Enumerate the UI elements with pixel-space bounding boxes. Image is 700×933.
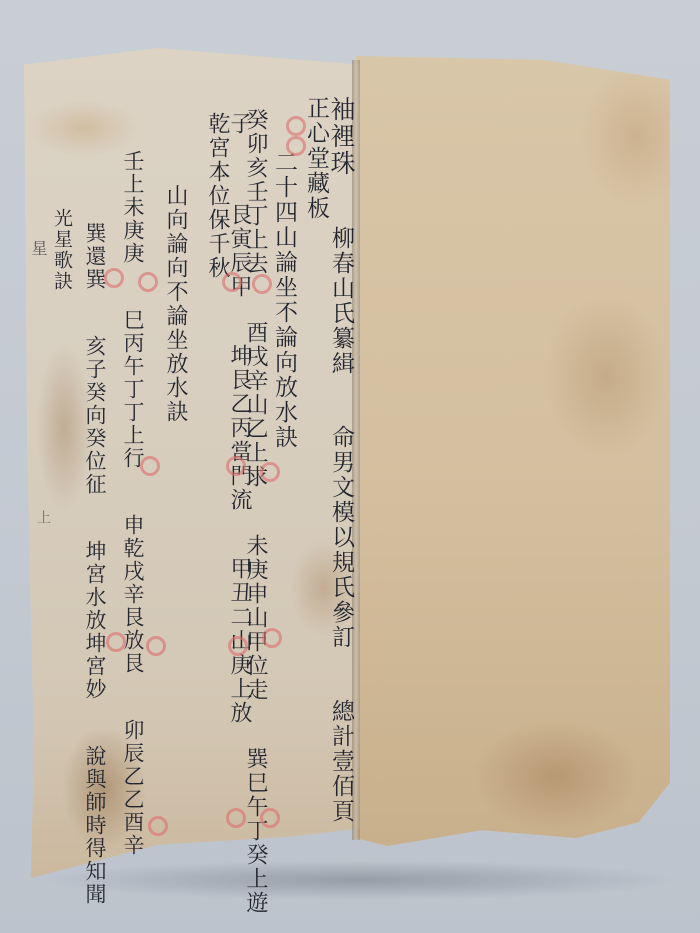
editor-credit: 命男文模以規氏參訂 xyxy=(329,425,352,650)
page-count: 總計壹佰頁 xyxy=(329,699,352,824)
red-seal-mark xyxy=(148,816,168,836)
verse-line: 坤艮乙丙當門流 xyxy=(228,344,250,512)
manuscript-book: 袖裡珠 柳春山氏纂緝 命男文模以規氏參訂 總計壹佰頁 正心堂藏板 二十四山論坐不… xyxy=(0,0,700,933)
column-verse-2: 子 艮寅辰甲 坤艮乙丙當門流 甲丑二山庚上放 乾宮本位保千秋 xyxy=(206,112,250,933)
red-seal-mark xyxy=(286,136,306,156)
red-seal-mark xyxy=(252,274,272,294)
column-faded-edge: 上 xyxy=(36,510,50,526)
red-seal-mark xyxy=(104,268,124,288)
red-seal-mark xyxy=(226,456,246,476)
section-heading: 山向論向不論坐放水訣 xyxy=(164,184,186,424)
compiler-credit: 柳春山氏纂緝 xyxy=(329,226,352,376)
red-seal-mark xyxy=(226,808,246,828)
verse-line: 坤宮水放坤宮妙 xyxy=(84,540,105,701)
publisher: 正心堂藏板 xyxy=(304,96,327,221)
red-seal-mark xyxy=(106,632,126,652)
column-fragment: 星 xyxy=(30,240,46,258)
column-verse-4: 巽還巽 亥子癸向癸位征 坤宮水放坤宮妙 說與師時得知聞 xyxy=(84,222,105,906)
red-seal-mark xyxy=(260,808,280,828)
red-seal-mark xyxy=(138,272,158,292)
column-heading-mountain-direction: 山向論向不論坐放水訣 xyxy=(164,184,186,424)
red-seal-mark xyxy=(260,462,280,482)
section-heading: 光星歌訣 xyxy=(52,208,71,292)
book-title: 袖裡珠 xyxy=(329,96,354,177)
fragment-text: 星 xyxy=(30,240,46,258)
red-seal-mark xyxy=(262,628,282,648)
blank-right-page xyxy=(356,56,670,846)
verse-line: 乾宮本位保千秋 xyxy=(206,112,228,280)
column-song-title: 光星歌訣 xyxy=(52,208,71,292)
column-title-credits: 袖裡珠 柳春山氏纂緝 命男文模以規氏參訂 總計壹佰頁 正心堂藏板 xyxy=(304,96,354,933)
verse-line: 卯辰乙乙酉辛 xyxy=(122,719,143,857)
red-seal-mark xyxy=(222,272,242,292)
verse-line: 巽還巽 xyxy=(84,222,105,291)
section-heading: 二十四山論坐不論向放水訣 xyxy=(272,150,295,450)
column-heading-24-mountains: 二十四山論坐不論向放水訣 xyxy=(272,150,295,450)
verse-line: 巳丙午丁丁上行 xyxy=(122,309,143,470)
verse-line: 亥子癸向癸位征 xyxy=(84,335,105,496)
column-verse-3: 壬上未庚庚 巳丙午丁丁上行 申乾戌辛艮放艮 卯辰乙乙酉辛 xyxy=(122,150,143,857)
red-seal-mark xyxy=(146,636,166,656)
verse-line: 申乾戌辛艮放艮 xyxy=(122,514,143,675)
verse-line: 說與師時得知聞 xyxy=(84,745,105,906)
red-seal-mark xyxy=(286,116,306,136)
verse-line: 子 xyxy=(228,112,250,136)
fragment-text: 上 xyxy=(36,510,50,526)
verse-line: 壬上未庚庚 xyxy=(122,150,143,265)
red-seal-mark xyxy=(140,456,160,476)
red-seal-mark xyxy=(228,636,248,656)
